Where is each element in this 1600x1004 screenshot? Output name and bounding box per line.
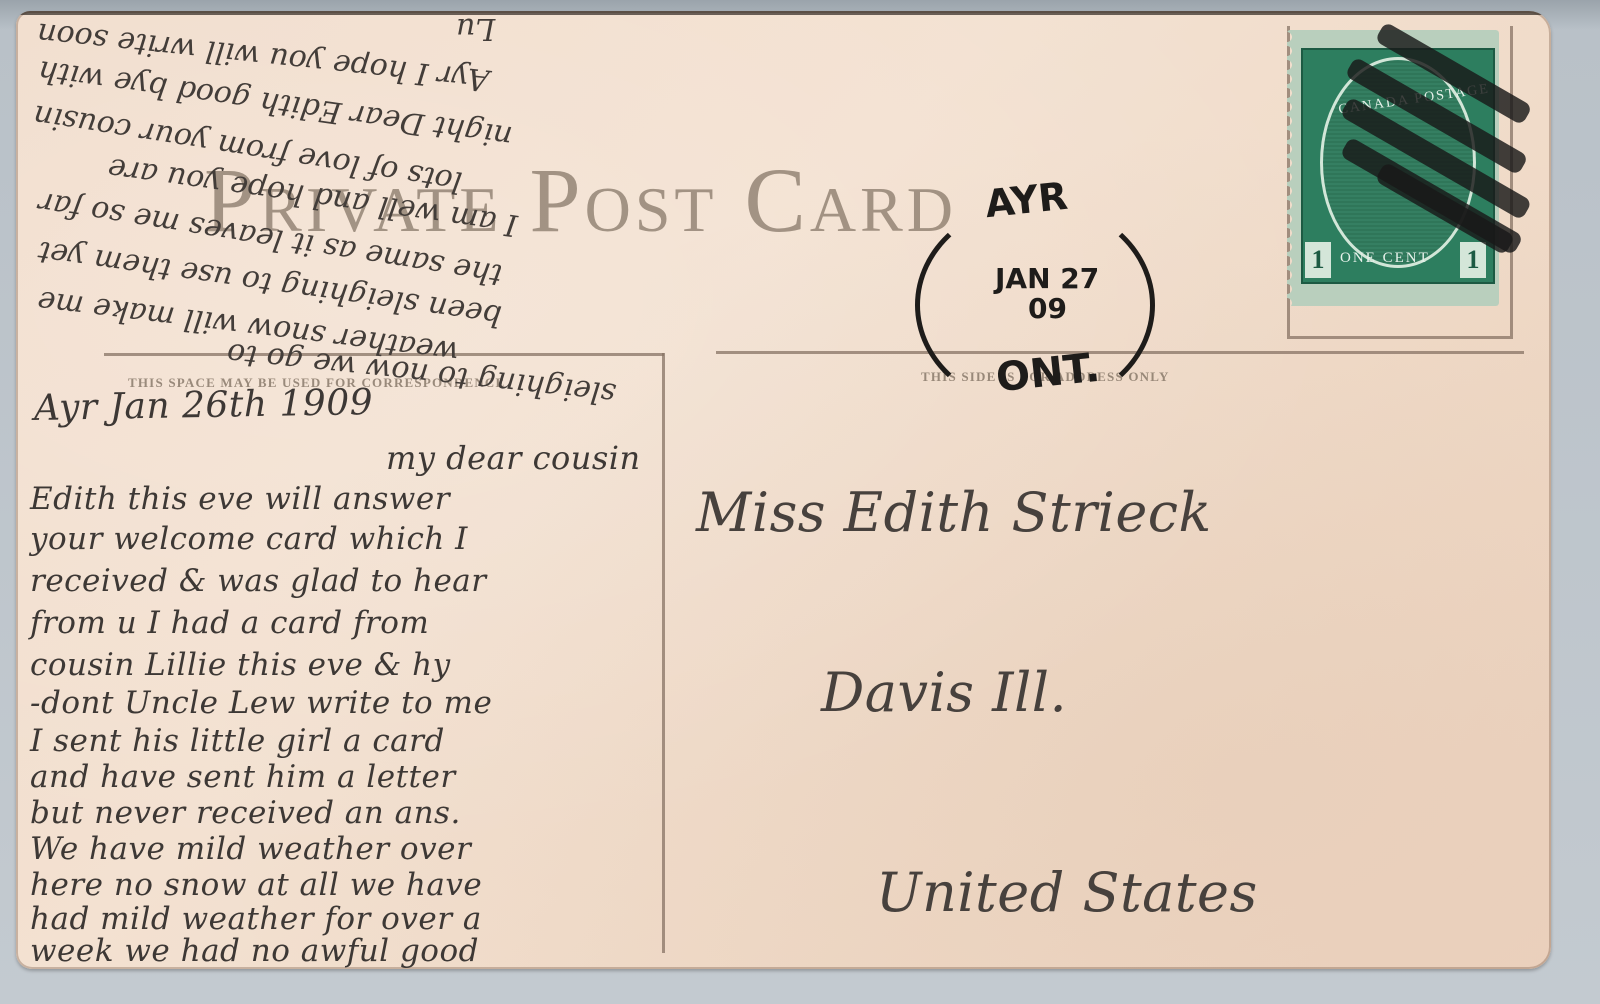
message-line: from u I had a card from	[30, 605, 429, 641]
address-name: Miss Edith Strieck	[696, 481, 1212, 544]
message-line: here no snow at all we have	[30, 867, 482, 903]
message-salutation: my dear cousin	[386, 439, 641, 477]
message-line: week we had no awful good	[30, 933, 479, 969]
message-line: Edith this eve will answer	[30, 481, 450, 517]
postmark-year: 09	[1028, 292, 1067, 325]
message-line: received & was glad to hear	[30, 563, 487, 599]
message-line: but never received an ans.	[30, 795, 461, 831]
stamp-value-left: 1	[1305, 242, 1331, 278]
address-city: Davis Ill.	[821, 661, 1067, 724]
message-line: had mild weather for over a	[30, 901, 482, 937]
message-dateline: Ayr Jan 26th 1909	[34, 382, 374, 429]
address-country: United States	[876, 861, 1258, 924]
stamp-value-right: 1	[1460, 242, 1486, 278]
postmark-date: JAN 27	[995, 262, 1099, 295]
message-line: We have mild weather over	[30, 831, 471, 867]
message-line: I sent his little girl a card	[30, 723, 445, 759]
message-line: -dont Uncle Lew write to me	[30, 685, 492, 721]
message-line: and have sent him a letter	[30, 759, 456, 795]
upside-down-message-line: Lu	[456, 11, 495, 46]
message-line: your welcome card which I	[30, 521, 468, 557]
vertical-divider-line	[662, 353, 665, 953]
stamp-denomination-text: ONE CENT	[1340, 250, 1430, 267]
postmark-town: AYR	[983, 174, 1070, 226]
message-line: cousin Lillie this eve & hy	[30, 647, 451, 683]
